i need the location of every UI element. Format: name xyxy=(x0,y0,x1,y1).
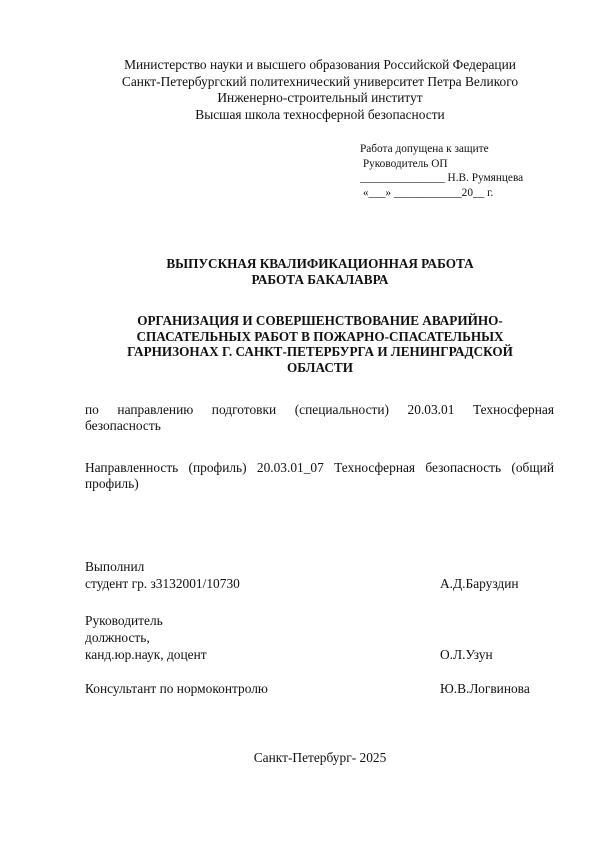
consultant-signature-block: Консультант по нормоконтролю Ю.В.Логвино… xyxy=(85,680,555,697)
direction-paragraph: по направлению подготовки (специальности… xyxy=(85,402,554,435)
approval-head-label: Руководитель ОП xyxy=(360,157,523,172)
profile-paragraph: Направленность (профиль) 20.03.01_07 Тех… xyxy=(85,460,554,493)
work-type-line-1: ВЫПУСКНАЯ КВАЛИФИКАЦИОННАЯ РАБОТА xyxy=(0,256,595,272)
consultant-label: Консультант по нормоконтролю xyxy=(85,680,268,697)
university-line: Санкт-Петербургский политехнический унив… xyxy=(0,74,595,91)
work-type-line-2: РАБОТА БАКАЛАВРА xyxy=(0,272,595,288)
supervisor-label-2: должность, xyxy=(85,629,555,646)
approval-date-line: «___» ____________20__ г. xyxy=(360,186,523,201)
work-type: ВЫПУСКНАЯ КВАЛИФИКАЦИОННАЯ РАБОТА РАБОТА… xyxy=(0,256,595,287)
student-label-1: Выполнил xyxy=(85,558,555,575)
supervisor-degree: канд.юр.наук, доцент xyxy=(85,646,207,663)
supervisor-signature-block: Руководитель должность, канд.юр.наук, до… xyxy=(85,612,555,663)
city-year: Санкт-Петербург- 2025 xyxy=(0,750,595,766)
school-line: Высшая школа техносферной безопасности xyxy=(0,107,595,124)
approval-block: Работа допущена к защите Руководитель ОП… xyxy=(360,142,523,201)
approval-signature-line: _______________ Н.В. Румянцева xyxy=(360,171,523,186)
ministry-line: Министерство науки и высшего образования… xyxy=(0,57,595,74)
supervisor-label-1: Руководитель xyxy=(85,612,555,629)
supervisor-name: О.Л.Узун xyxy=(440,646,555,663)
institute-line: Инженерно-строительный институт xyxy=(0,90,595,107)
approval-admitted: Работа допущена к защите xyxy=(360,142,523,157)
organization-header: Министерство науки и высшего образования… xyxy=(0,57,595,123)
consultant-name: Ю.В.Логвинова xyxy=(440,680,555,697)
student-signature-block: Выполнил студент гр. з3132001/10730 А.Д.… xyxy=(85,558,555,592)
student-name: А.Д.Баруздин xyxy=(440,575,555,592)
thesis-title: ОРГАНИЗАЦИЯ И СОВЕРШЕНСТВОВАНИЕ АВАРИЙНО… xyxy=(100,313,540,375)
student-group: студент гр. з3132001/10730 xyxy=(85,575,240,592)
